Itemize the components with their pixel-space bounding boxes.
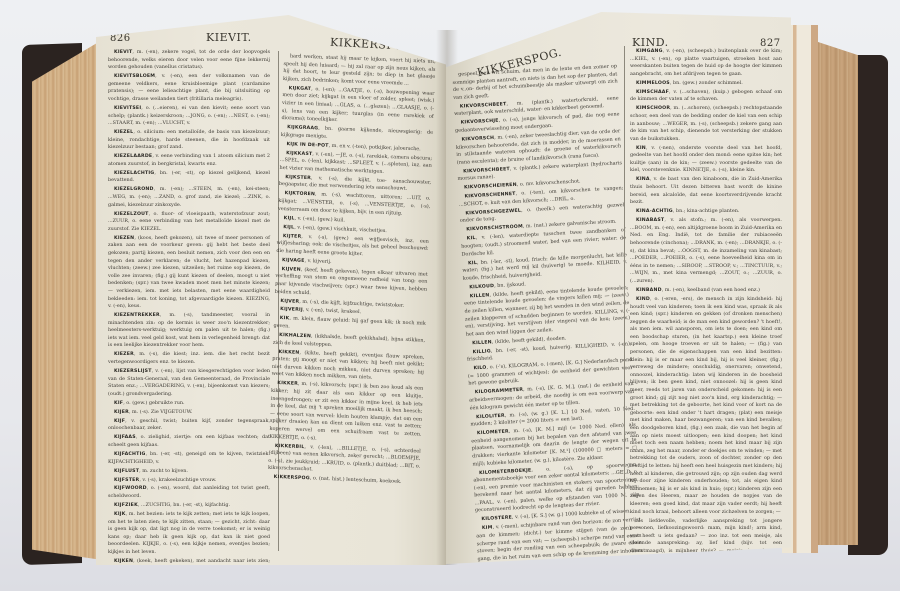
entry-headword: KILOMETER	[477, 430, 509, 437]
entry-headword: KIL	[468, 261, 477, 266]
entry-headword: KIJFZIEK	[114, 503, 138, 508]
entry-definition: , (kilde, heeft gekild), eene tintelende…	[464, 285, 630, 338]
entry-headword: KIJFACHTIG	[114, 452, 146, 457]
entry-definition: , v. (-en), (gew.) kuil.	[294, 215, 345, 223]
entry-headword: KILKOUD	[469, 284, 494, 290]
entry-headword: KILO	[473, 366, 486, 372]
dictionary-entry: KIND, o. (-eren, -ers), de mensch in zij…	[630, 296, 782, 516]
running-head-left: KIEVIT.	[206, 31, 252, 44]
dictionary-page-left: 826 KIEVIT. KIKKERSPOG. KIEVIT, m. (-en)…	[96, 15, 446, 565]
entry-definition: , m. het bezien: iets te kijk zetten; me…	[108, 511, 270, 555]
entry-headword: KIEVITSEI	[114, 106, 141, 111]
dictionary-entry: KIJFACHTIG, bn. (-er, -st), geneigd om t…	[108, 451, 270, 466]
page-block-edge-right	[812, 40, 858, 545]
dictionary-entry: KIMSCHOOR, m. (...schoren), (scheepsb.) …	[630, 105, 782, 143]
entry-definition: hard werken, staat hij maar te kijken, v…	[283, 53, 436, 86]
dictionary-entry: KIEZERSLIJST, v. (-en), lijst van kiesge…	[108, 368, 270, 398]
entry-definition: , m. (-en), zekere vogel, tot de orde de…	[108, 49, 270, 70]
entry-headword: KIEVIT	[114, 50, 132, 55]
entry-definition: , bn. ijskoud.	[494, 281, 526, 289]
entry-headword: KINA	[636, 177, 650, 182]
entry-headword: KIKVORSCHGEZWEL	[465, 208, 521, 216]
entry-headword: KILLEN	[472, 340, 492, 346]
entry-headword: KIJVAGE	[282, 258, 305, 264]
entry-headword: KIEZER	[114, 352, 134, 357]
entry-definition: , v. (-s), krakeelzuchtige vrouw.	[139, 477, 216, 483]
dictionary-entry: KIEZELGROND, m. (-en); ...STEEN, m. (-en…	[108, 186, 270, 209]
dictionary-entry: KIMMELOOS, bn. (gew.) zonder schimmel.	[630, 80, 782, 88]
dictionary-entry: hard werken, staat hij maar te kijken, v…	[283, 53, 436, 89]
dictionary-entry: KIJFLUST, m. zucht to kijven.	[108, 468, 270, 476]
entry-headword: KIKKERSPOG	[274, 475, 310, 481]
dictionary-entry: KINABAST, v. als stofn.; m. (-en), als v…	[630, 217, 782, 285]
entry-definition: , m. (-s). Zie VIJGETOUW.	[129, 409, 192, 415]
dictionary-entry: KIEZELACHTIG, bn. (-er, -st), op kiezel …	[108, 170, 270, 185]
dictionary-entry: KIEVITSBLOEM, v. (-en), een der volksnam…	[108, 73, 270, 103]
entry-definition: , o. silicium: een metalloïde, de basis …	[108, 129, 270, 150]
entry-definition: , v. (-en), twist, krakeel.	[303, 307, 362, 315]
entry-headword: KIEZEL	[114, 130, 133, 135]
dictionary-entry: KIEVITSEI, o. (...eieren), ei van den ki…	[108, 105, 270, 128]
dictionary-entry: KIKKER, m. (-s), kikvorsch; (spr.) ik be…	[269, 380, 423, 447]
dictionary-entry: KIJKEN, (keek, heeft gekeken), met aanda…	[108, 558, 270, 565]
entry-headword: KIEZERSLIJST	[114, 369, 152, 374]
entry-column-2: hard werken, staat hij maar te kijken, v…	[267, 53, 435, 489]
entry-headword: KIM	[482, 526, 493, 532]
dictionary-entry: KIEZELAARDE, v. eene verbinding van 1 at…	[108, 153, 270, 168]
entry-headword: KIJKGRAAG	[287, 125, 318, 131]
entry-headword: KIKHALZEN	[279, 333, 311, 339]
dictionary-entry: KIN, v. (-nen), onderste voorste deel va…	[630, 145, 782, 175]
entry-headword: KIEZELGROND	[114, 187, 154, 192]
entry-headword: KIL	[467, 236, 476, 241]
page-block-edge-left	[32, 40, 102, 560]
dictionary-entry: KIJFZIEK, ...ZUCHTIG, bn. (-er, -st), ki…	[108, 502, 270, 510]
entry-headword: KINA-ACHTIG	[636, 209, 673, 214]
dictionary-entry: KIEZER, m. (-s), die kiest; inz. iem. di…	[108, 351, 270, 366]
entry-definition: , m. (-s), [K. M.] mijl (= 1000 Ned. ell…	[471, 422, 637, 467]
dictionary-entry: KIMGANG, v. (-en), (scheepsb.) buitenpla…	[630, 48, 782, 78]
dictionary-entry: KIEVIT, m. (-en), zekere vogel, tot de o…	[108, 49, 270, 72]
entry-column-1: gespeel, een wit schuim, dat men in de l…	[452, 63, 644, 564]
dictionary-entry: KIEZELZOUT, o. fluor- of vloeispaath, wa…	[108, 211, 270, 234]
entry-definition: , m. (-en), keelband (van een hoed enz.)	[662, 287, 760, 293]
dictionary-entry: KIJER, m. (-s). Zie VIJGETOUW.	[108, 409, 270, 417]
entry-headword: KILLEN	[470, 293, 490, 299]
dictionary-entry: KIKKEN, (kikte, heeft gekikt), eventjes …	[271, 348, 424, 384]
entry-definition: , bn. (gew.) zonder schimmel.	[670, 80, 743, 86]
entry-headword: KIEZENTREKKER	[114, 313, 160, 318]
entry-column-2: KIMGANG, v. (-en), (scheepsb.) buitenpla…	[630, 48, 782, 564]
entry-headword: KILOSTERE	[481, 516, 512, 523]
entry-headword: KIJL	[284, 216, 295, 221]
dictionary-entry: KINBAND, m. (-en), keelband (van een hoe…	[630, 287, 782, 295]
entry-definition: , v. geschil, twist; buiten kijf, zonder…	[108, 418, 270, 432]
dictionary-entry: KILOMETER, m. (-s), [K. M.] mijl (= 1000…	[471, 422, 638, 469]
entry-definition: , (koos, heeft gekozen), uit twee of mee…	[108, 235, 270, 309]
entry-headword: KINABAST	[636, 218, 664, 223]
entry-headword: KINBAND	[636, 288, 662, 293]
entry-headword: KIJVERIJ	[280, 308, 303, 314]
dictionary-entry: KILLEN, (kilde, heeft gekild), eene tint…	[464, 285, 631, 339]
entry-headword: KIJFSTER	[114, 478, 139, 483]
entry-definition: , ...ZUCHTIG, bn. (-er, -st), kijfachtig…	[138, 502, 230, 508]
entry-headword: KIMSCHOOR	[636, 106, 670, 111]
dictionary-entry: KIJK, m. het bezien: iets te kijk zetten…	[108, 511, 270, 557]
dictionary-entry: KIF, o. (gew.) gebruikte run.	[108, 400, 270, 408]
dictionary-entry: KIJVEN, (keef, heeft gekeven), tegen elk…	[275, 266, 428, 302]
entry-definition: , v. kijverij.	[304, 258, 331, 265]
entry-headword: KIJL	[283, 225, 294, 230]
entry-definition: , (keek, heeft gekeken), met aandacht na…	[108, 558, 270, 565]
entry-headword: KIEZELZOUT	[114, 212, 149, 217]
entry-headword: KIEVITSBLOEM	[114, 74, 155, 79]
dictionary-entry: KINA, v. de bast van den kinaboom, die i…	[630, 176, 782, 206]
entry-definition: , v. (-nen), onderste voorste deel van h…	[630, 145, 782, 174]
dictionary-entry: KIJKGAT, o. (-en); ...GAATJE, o. (-s), b…	[281, 85, 434, 129]
entry-column-1: KIEVIT, m. (-en), zekere vogel, tot de o…	[108, 49, 270, 565]
entry-headword: KIJKSTER	[285, 175, 311, 181]
entry-headword: KIJF	[114, 419, 125, 424]
entry-headword: KIJK	[114, 512, 126, 517]
entry-headword: KIMSCHAAF	[636, 90, 669, 95]
entry-headword: KIJKEN	[114, 559, 133, 564]
dictionary-entry: KILOMETERBOEKJE, o. (-s), op spoorwegen,…	[473, 461, 640, 515]
entry-headword: KIJKGAT	[289, 86, 312, 92]
entry-headword: KIKKEN	[278, 350, 299, 356]
entry-definition: , m. zucht to kijven.	[139, 468, 188, 474]
entry-headword: KIJER	[114, 410, 129, 415]
dictionary-page-right: KIKKERSPOG. KIND. 827 gespeel, een wit s…	[446, 12, 791, 564]
dictionary-entry: KIEZEL, o. silicium: een metalloïde, de …	[108, 129, 270, 152]
dictionary-entry: KIKKERBIL, v. (-len), ...BILLETJE, o. (-…	[268, 442, 421, 478]
entry-headword: KIKVORSCHBEET	[463, 167, 510, 174]
entry-definition: , v. de bast van den kinaboom, die in Zu…	[630, 176, 782, 205]
entry-definition: , o. (-eren, -ers), de mensch in zijn ki…	[630, 296, 782, 515]
entry-headword: KIEZEN	[114, 236, 134, 241]
column-divider	[624, 46, 625, 541]
dictionary-entry: KIJFWOORD, o. (-en), woord, dat aanleidi…	[108, 485, 270, 500]
entry-headword: KIJVEN	[282, 267, 301, 273]
entry-definition: , v. als stofn.; m. (-en), als voorwerpe…	[630, 217, 782, 284]
entry-headword: KIK	[280, 317, 290, 322]
entry-headword: KIJKKAST	[286, 151, 312, 157]
entry-headword: KIJTER	[283, 234, 302, 240]
entry-headword: KILOLITER	[476, 413, 505, 419]
entry-headword: KIMMELOOS	[636, 81, 670, 86]
dictionary-entry: KIEZENTREKKER, m. (-s), tandmeester, voo…	[108, 312, 270, 350]
entry-definition: , o. (gew.) gebruikte run.	[123, 400, 184, 406]
dictionary-entry: KIMSCHAAF, v. (...schaven), (kuip.) gebo…	[630, 89, 782, 104]
entry-headword: KIJFAAS	[114, 435, 136, 440]
entry-headword: KIKVORSCHSTROOM	[466, 225, 523, 233]
entry-headword: KIND	[636, 297, 650, 302]
entry-headword: KIEZELAARDE	[114, 154, 152, 159]
entry-headword: KIJKTOREN	[284, 192, 315, 198]
entry-headword: KILLIG	[473, 349, 491, 355]
entry-headword: KIJK IN DE-POT	[286, 142, 328, 149]
entry-headword: KIKVORSCH	[461, 136, 494, 143]
entry-headword: KIKKER	[277, 381, 298, 387]
dictionary-entry: KIJFAAS, o. zielighid, ziertje: om een k…	[108, 434, 270, 449]
entry-headword: KIKVORSCHEIEREN	[464, 183, 517, 191]
entry-headword: KIN	[636, 146, 646, 151]
entry-headword: KIEZELACHTIG	[114, 171, 154, 176]
entry-headword: KIF	[114, 401, 123, 406]
entry-definition: , m. (-s), kikvorsch; (spr.) ik ben zoo …	[269, 381, 423, 441]
entry-headword: KIJFLUST	[114, 469, 139, 474]
entry-headword: KIKKERBIL	[275, 443, 305, 449]
dictionary-entry: KIJF, v. geschil, twist; buiten kijf, zo…	[108, 418, 270, 433]
dictionary-entry: KINA-ACHTIG, bn.; kina-achtige planten.	[630, 208, 782, 216]
entry-headword: KIMGANG	[636, 49, 663, 54]
entry-headword: KIJFWOORD	[114, 486, 147, 491]
entry-headword: KIJVER	[280, 299, 299, 305]
dictionary-entry: KIEZEN, (koos, heeft gekozen), uit twee …	[108, 235, 270, 311]
dictionary-entry: KIJFSTER, v. (-s), krakeelzuchtige vrouw…	[108, 477, 270, 485]
entry-definition: , bn.; kina-achtige planten.	[673, 208, 740, 214]
